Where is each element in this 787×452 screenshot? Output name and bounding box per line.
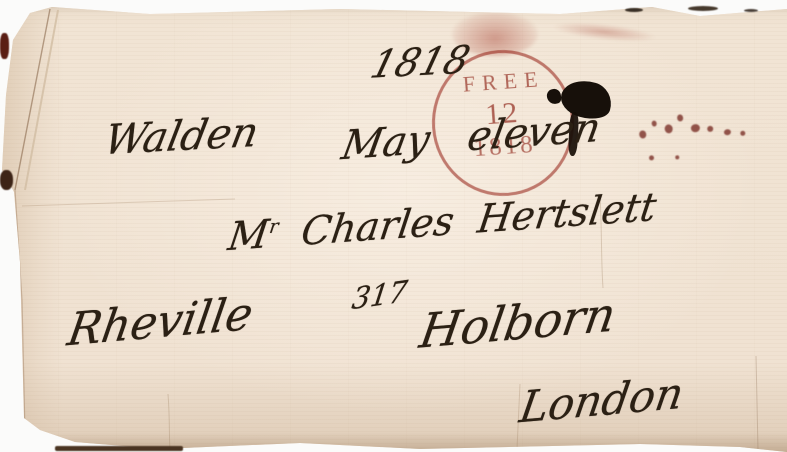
handwritten-origin: Walden (100, 108, 262, 165)
left-edge-stain (0, 33, 9, 59)
letter-scan: FREE 12 1818 1818 Walden May eleven Mr C… (0, 0, 787, 452)
top-edge-stain (688, 6, 718, 11)
top-edge-stain (744, 9, 758, 12)
recipient-prefix: M (225, 212, 271, 260)
recipient-prefix-superscript: r (268, 216, 280, 238)
handwritten-year: 1818 (366, 37, 475, 87)
bottom-edge-stain (55, 446, 183, 451)
left-fold-flap (0, 6, 70, 442)
top-edge-stain (625, 8, 643, 12)
letter-paper: FREE 12 1818 1818 Walden May eleven Mr C… (0, 0, 787, 452)
left-edge-stain (0, 170, 13, 190)
top-edge-shadow (0, 0, 787, 14)
